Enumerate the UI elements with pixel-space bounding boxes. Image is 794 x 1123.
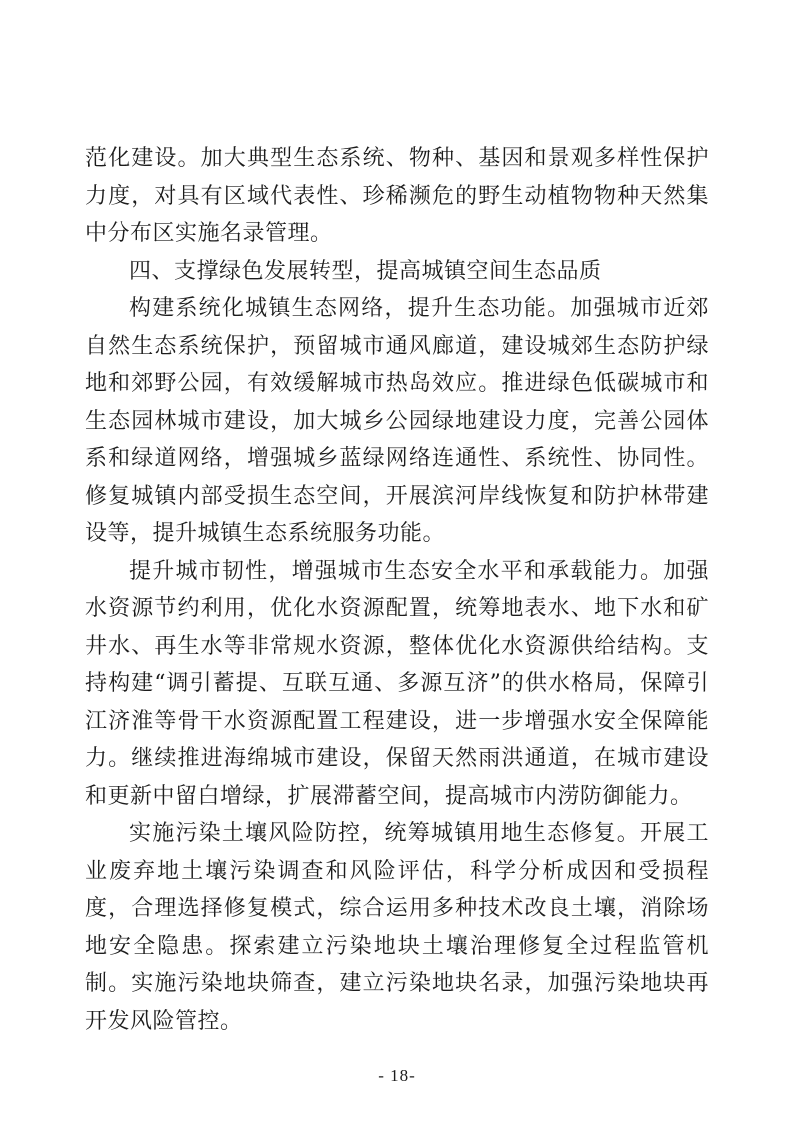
- paragraph-green-network: 构建系统化城镇生态网络，提升生态功能。加强城市近郊自然生态系统保护，预留城市通风…: [85, 290, 709, 553]
- paragraph-continuation: 范化建设。加大典型生态系统、物种、基因和景观多样性保护力度，对具有区域代表性、珍…: [85, 140, 709, 253]
- paragraph-soil-pollution: 实施污染土壤风险防控，统筹城镇用地生态修复。开展工业废弃地土壤污染调查和风险评估…: [85, 815, 709, 1040]
- paragraph-urban-resilience: 提升城市韧性，增强城市生态安全水平和承载能力。加强水资源节约利用，优化水资源配置…: [85, 553, 709, 816]
- document-body: 范化建设。加大典型生态系统、物种、基因和景观多样性保护力度，对具有区域代表性、珍…: [85, 140, 709, 1040]
- section-heading: 四、支撑绿色发展转型，提高城镇空间生态品质: [85, 253, 709, 291]
- page-number: - 18-: [0, 1066, 794, 1086]
- document-page: 范化建设。加大典型生态系统、物种、基因和景观多样性保护力度，对具有区域代表性、珍…: [0, 0, 794, 1123]
